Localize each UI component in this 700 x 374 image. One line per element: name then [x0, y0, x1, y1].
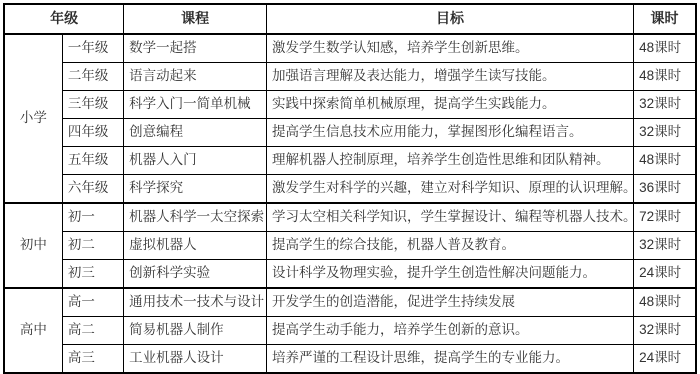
goal-cell: 学习太空相关科学知识，学生掌握设计、编程等机器人技术。	[266, 203, 633, 232]
table-row: 初中 初一 机器人科学一太空探索 学习太空相关科学知识，学生掌握设计、编程等机器…	[4, 203, 696, 232]
hours-cell: 32课时	[634, 119, 696, 147]
goal-cell: 开发学生的创造潜能，促进学生持续发展	[266, 288, 633, 317]
grade-cell: 一年级	[62, 34, 123, 63]
goal-cell: 提高学生的综合技能，机器人普及教育。	[266, 232, 633, 260]
goal-cell: 理解机器人控制原理，培养学生创造性思维和团队精神。	[266, 147, 633, 175]
header-row: 年级 课程 目标 课时	[4, 4, 696, 34]
header-grade: 年级	[4, 4, 124, 34]
table-row: 高中 高一 通用技术一技术与设计 开发学生的创造潜能，促进学生持续发展 48课时	[4, 288, 696, 317]
hours-cell: 32课时	[634, 232, 696, 260]
goal-cell: 激发学生数学认知感，培养学生创新思维。	[266, 34, 633, 63]
header-hours: 课时	[634, 4, 696, 34]
course-cell: 机器人科学一太空探索	[124, 203, 267, 232]
goal-cell: 实践中探索简单机械原理，提高学生实践能力。	[266, 91, 633, 119]
goal-cell: 提高学生动手能力，培养学生创新的意识。	[266, 317, 633, 345]
course-cell: 科学探究	[124, 175, 267, 204]
hours-cell: 24课时	[634, 345, 696, 374]
goal-cell: 激发学生对科学的兴趣，建立对科学知识、原理的认识理解。	[266, 175, 633, 204]
hours-cell: 48课时	[634, 288, 696, 317]
grade-cell: 初二	[62, 232, 123, 260]
hours-cell: 36课时	[634, 175, 696, 204]
goal-cell: 加强语言理解及表达能力，增强学生读写技能。	[266, 63, 633, 91]
curriculum-table: 年级 课程 目标 课时 小学 一年级 数学一起搭 激发学生数学认知感，培养学生创…	[3, 3, 697, 374]
table-row: 二年级 语言动起来 加强语言理解及表达能力，增强学生读写技能。 48课时	[4, 63, 696, 91]
table-row: 高二 简易机器人制作 提高学生动手能力，培养学生创新的意识。 32课时	[4, 317, 696, 345]
hours-cell: 48课时	[634, 63, 696, 91]
group-cell-junior: 初中	[4, 203, 62, 288]
table-row: 三年级 科学入门一简单机械 实践中探索简单机械原理，提高学生实践能力。 32课时	[4, 91, 696, 119]
curriculum-table-container: 年级 课程 目标 课时 小学 一年级 数学一起搭 激发学生数学认知感，培养学生创…	[3, 3, 697, 374]
goal-cell: 培养严谨的工程设计思维，提高学生的专业能力。	[266, 345, 633, 374]
hours-cell: 72课时	[634, 203, 696, 232]
grade-cell: 初一	[62, 203, 123, 232]
table-row: 六年级 科学探究 激发学生对科学的兴趣，建立对科学知识、原理的认识理解。 36课…	[4, 175, 696, 204]
course-cell: 机器人入门	[124, 147, 267, 175]
hours-cell: 48课时	[634, 147, 696, 175]
grade-cell: 三年级	[62, 91, 123, 119]
table-row: 五年级 机器人入门 理解机器人控制原理，培养学生创造性思维和团队精神。 48课时	[4, 147, 696, 175]
grade-cell: 高二	[62, 317, 123, 345]
course-cell: 创新科学实验	[124, 260, 267, 289]
grade-cell: 五年级	[62, 147, 123, 175]
table-row: 四年级 创意编程 提高学生信息技术应用能力，掌握图形化编程语言。 32课时	[4, 119, 696, 147]
hours-cell: 24课时	[634, 260, 696, 289]
course-cell: 科学入门一简单机械	[124, 91, 267, 119]
header-course: 课程	[124, 4, 267, 34]
table-row: 小学 一年级 数学一起搭 激发学生数学认知感，培养学生创新思维。 48课时	[4, 34, 696, 63]
hours-cell: 32课时	[634, 317, 696, 345]
table-row: 初二 虚拟机器人 提高学生的综合技能，机器人普及教育。 32课时	[4, 232, 696, 260]
grade-cell: 高一	[62, 288, 123, 317]
grade-cell: 初三	[62, 260, 123, 289]
course-cell: 虚拟机器人	[124, 232, 267, 260]
course-cell: 创意编程	[124, 119, 267, 147]
table-row: 高三 工业机器人设计 培养严谨的工程设计思维，提高学生的专业能力。 24课时	[4, 345, 696, 374]
course-cell: 语言动起来	[124, 63, 267, 91]
course-cell: 工业机器人设计	[124, 345, 267, 374]
group-cell-senior: 高中	[4, 288, 62, 373]
grade-cell: 二年级	[62, 63, 123, 91]
course-cell: 通用技术一技术与设计	[124, 288, 267, 317]
grade-cell: 六年级	[62, 175, 123, 204]
grade-cell: 高三	[62, 345, 123, 374]
goal-cell: 设计科学及物理实验，提升学生创造性解决问题能力。	[266, 260, 633, 289]
hours-cell: 32课时	[634, 91, 696, 119]
hours-cell: 48课时	[634, 34, 696, 63]
table-row: 初三 创新科学实验 设计科学及物理实验，提升学生创造性解决问题能力。 24课时	[4, 260, 696, 289]
header-goal: 目标	[266, 4, 633, 34]
group-cell-primary: 小学	[4, 34, 62, 203]
grade-cell: 四年级	[62, 119, 123, 147]
goal-cell: 提高学生信息技术应用能力，掌握图形化编程语言。	[266, 119, 633, 147]
course-cell: 简易机器人制作	[124, 317, 267, 345]
course-cell: 数学一起搭	[124, 34, 267, 63]
